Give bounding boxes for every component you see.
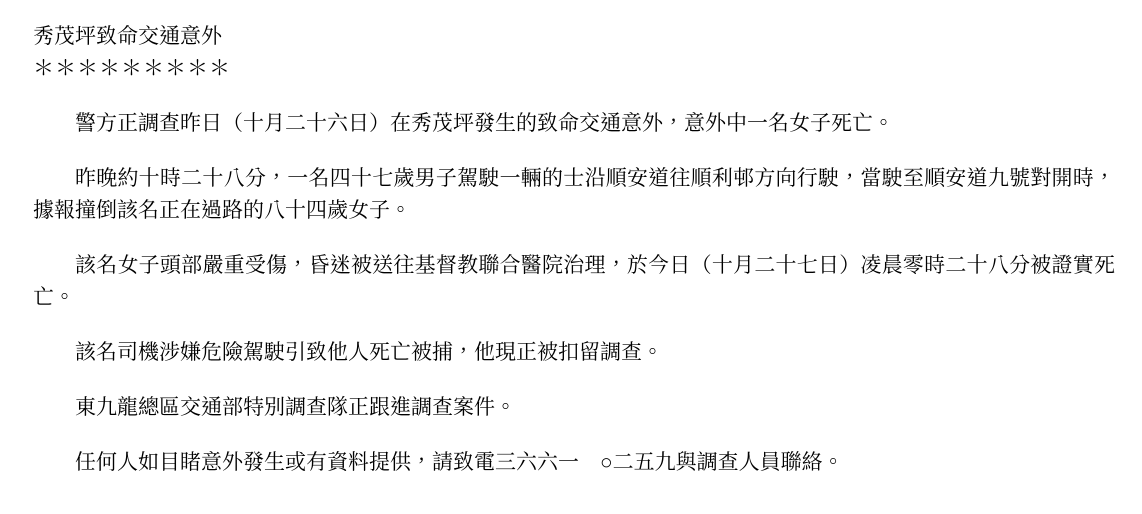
paragraph-incident-summary: 警方正調查昨日（十月二十六日）在秀茂坪發生的致命交通意外，意外中一名女子死亡。 — [33, 107, 1115, 139]
document-body: 警方正調查昨日（十月二十六日）在秀茂坪發生的致命交通意外，意外中一名女子死亡。 … — [33, 107, 1115, 478]
asterisk-separator: ＊＊＊＊＊＊＊＊＊ — [33, 52, 1114, 84]
paragraph-investigation-unit: 東九龍總區交通部特別調查隊正跟進調查案件。 — [33, 391, 1115, 423]
paragraph-victim-condition: 該名女子頭部嚴重受傷，昏迷被送往基督教聯合醫院治理，於今日（十月二十七日）凌晨零… — [33, 249, 1115, 313]
paragraph-driver-arrest: 該名司機涉嫌危險駕駛引致他人死亡被捕，他現正被扣留調查。 — [33, 336, 1115, 368]
press-release-document: 秀茂坪致命交通意外 ＊＊＊＊＊＊＊＊＊ 警方正調查昨日（十月二十六日）在秀茂坪發… — [0, 0, 1142, 478]
paragraph-accident-details: 昨晚約十時二十八分，一名四十七歲男子駕駛一輛的士沿順安道往順利邨方向行駛，當駛至… — [33, 162, 1115, 226]
document-title: 秀茂坪致命交通意外 — [33, 20, 1114, 52]
paragraph-witness-appeal: 任何人如目睹意外發生或有資料提供，請致電三六六一 ○二五九與調查人員聯絡。 — [33, 446, 1115, 478]
